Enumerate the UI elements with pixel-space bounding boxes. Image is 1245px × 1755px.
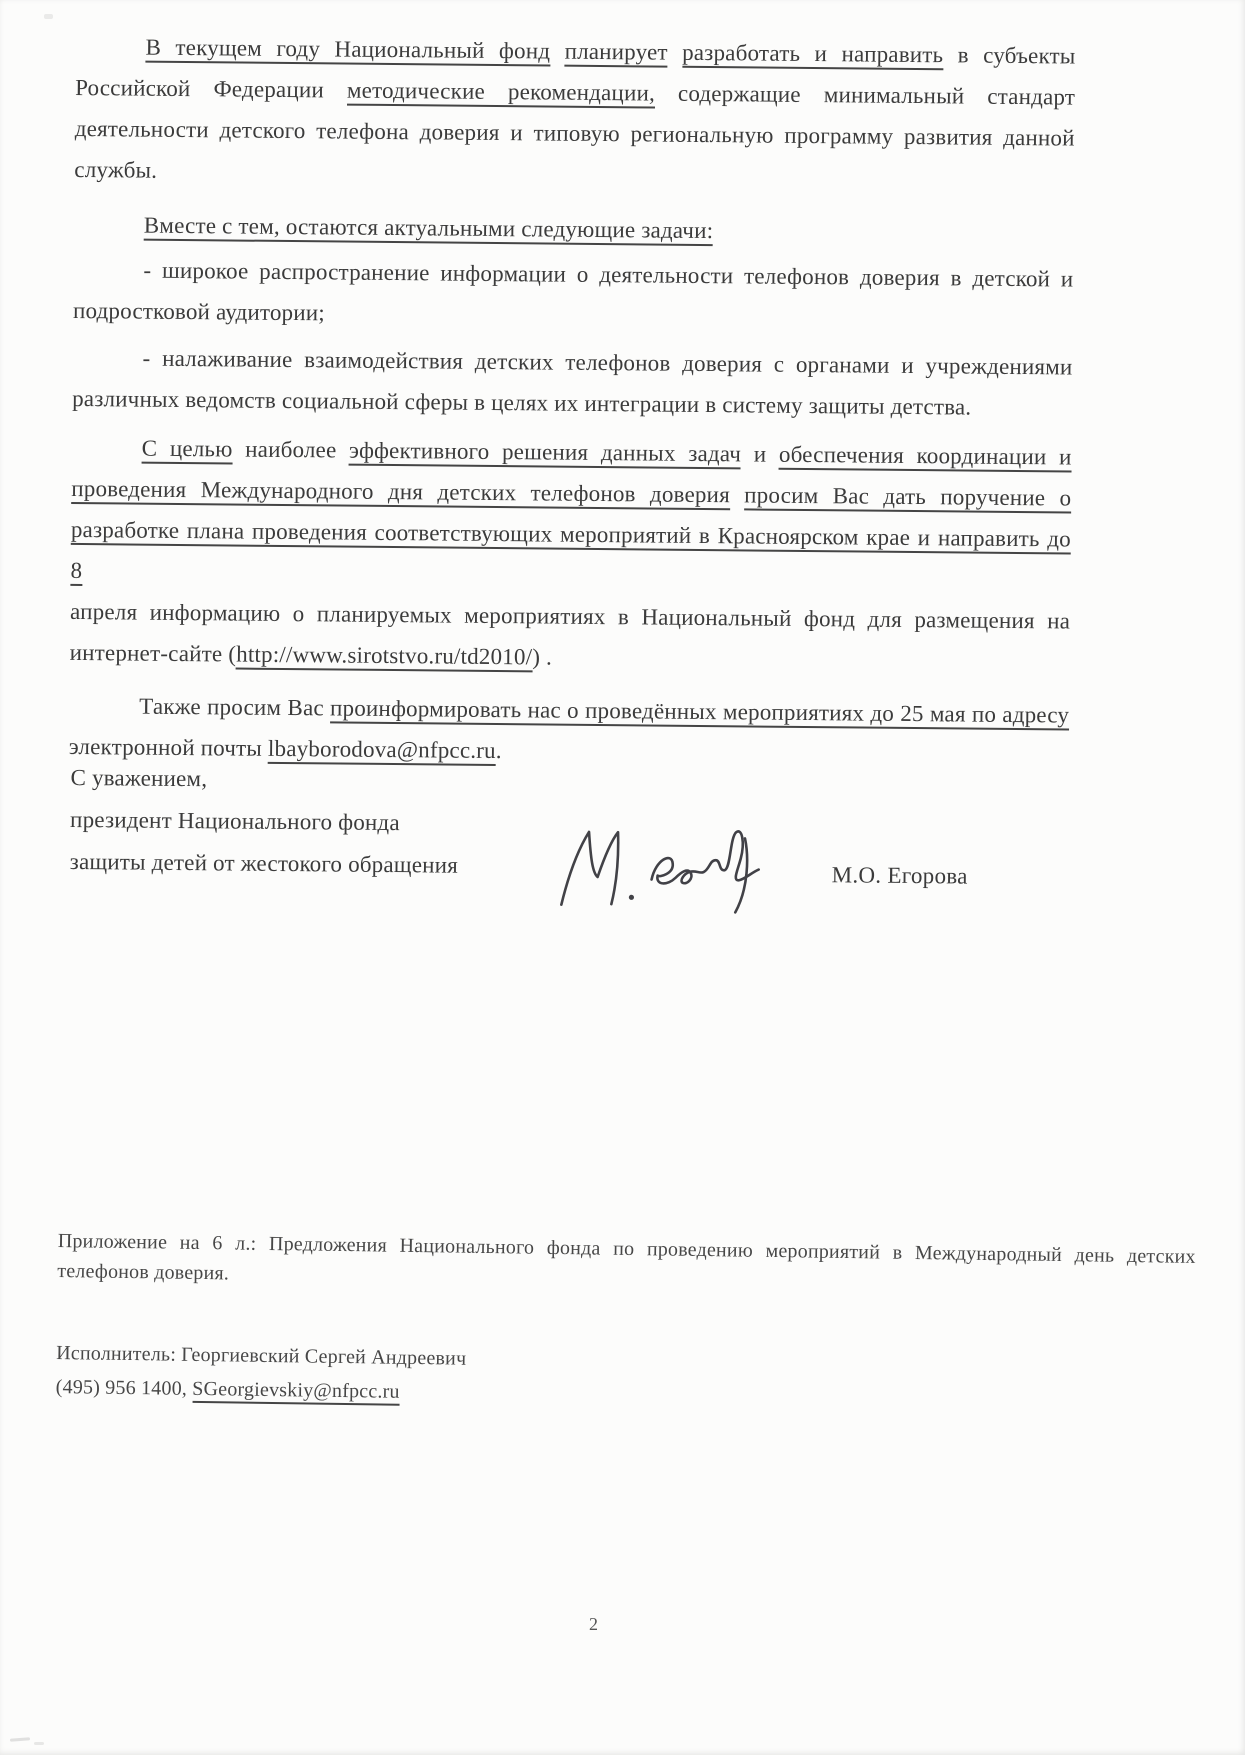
letter-body-block: В текущем году Национальный фонд планиру… (0, 0, 1245, 11)
underlined-text: http://www.sirotstvo.ru/td2010/ (236, 642, 532, 673)
text-segment: наиболее (232, 436, 349, 462)
text-segment (668, 40, 683, 65)
underlined-text: методические рекомендации, (347, 78, 655, 109)
text-segment: ) . (532, 644, 552, 669)
executor-phone: (495) 956 1400, (56, 1376, 193, 1400)
text-segment: апреля информацию о планируемых мероприя… (70, 599, 1070, 634)
scan-artifact (34, 1742, 44, 1745)
underlined-text: разработать и направить (682, 40, 943, 71)
closing-title-line-1: президент Национального фонда (70, 799, 459, 845)
paragraph: В текущем году Национальный фонд планиру… (74, 26, 1076, 200)
text-line: разработке плана проведения соответствую… (70, 509, 1071, 601)
text-segment: содержащие минимальный стандарт (655, 81, 1075, 110)
text-segment: интернет-сайте ( (70, 640, 237, 667)
text-segment: в субъекты (943, 42, 1075, 68)
underlined-text: Вместе с тем, остаются актуальными следу… (144, 213, 714, 246)
text-line: Вместе с тем, остаются актуальными следу… (74, 204, 1074, 255)
text-segment: подростковой аудитории; (73, 298, 325, 325)
underlined-text: С целью (142, 436, 233, 465)
letter-body-text: В текущем году Национальный фонд планиру… (69, 26, 1076, 777)
text-segment: различных ведомств социальной сферы в це… (72, 386, 971, 420)
text-segment: Российской Федерации (75, 75, 347, 103)
executor-note: Исполнитель: Георгиевский Сергей Андреев… (56, 1336, 1195, 1420)
text-segment: . (496, 738, 502, 763)
signer-name: М.О. Егорова (832, 862, 968, 889)
underlined-text: просим Вас дать поручение о (744, 482, 1071, 513)
closing-salutation: С уважением, (70, 757, 459, 803)
text-segment: - налаживание взаимодействия детских тел… (142, 346, 1072, 380)
paragraph: - широкое распространение информации о д… (73, 249, 1074, 341)
closing-title-line-2: защиты детей от жестокого обращения (70, 841, 459, 887)
text-segment: Также просим Вас (139, 694, 330, 721)
underlined-text: В текущем году Национальный фонд (145, 35, 550, 67)
text-segment: и (741, 441, 779, 466)
text-segment: службы. (74, 157, 157, 183)
text-segment (550, 39, 565, 64)
closing-block: С уважением, президент Национального фон… (70, 757, 459, 887)
text-line: различных ведомств социальной сферы в це… (72, 378, 1072, 429)
underlined-text: эффективного решения данных задач (349, 438, 741, 470)
executor-email: SGeorgievskiy@nfpcc.ru (192, 1378, 400, 1406)
paragraph: Вместе с тем, остаются актуальными следу… (74, 204, 1074, 255)
text-segment: деятельности детского телефона доверия и… (75, 116, 1075, 151)
text-segment (730, 482, 745, 507)
underlined-text: планирует (564, 39, 667, 68)
attachment-note: Приложение на 6 л.: Предложения Национал… (57, 1226, 1196, 1302)
underlined-text: проведения Международного дня детских те… (71, 476, 730, 510)
scan-artifact (44, 14, 53, 19)
underlined-text: разработке плана проведения соответствую… (70, 517, 1071, 586)
text-segment: - широкое распространение информации о д… (143, 258, 1073, 292)
page-number: 2 (589, 1614, 598, 1635)
signature-handwriting (551, 805, 787, 925)
paragraph: - налаживание взаимодействия детских тел… (72, 337, 1073, 429)
paragraph: С целью наиболее эффективного решения да… (70, 427, 1072, 683)
underlined-text: обеспечения координации и (779, 442, 1072, 473)
letter-footer-block: Приложение на 6 л.: Предложения Национал… (56, 1226, 1196, 1420)
scanned-letter-page: В текущем году Национальный фонд планиру… (0, 0, 1245, 1755)
scan-artifact (10, 1737, 30, 1741)
underlined-text: проинформировать нас о проведённых мероп… (330, 695, 1069, 730)
